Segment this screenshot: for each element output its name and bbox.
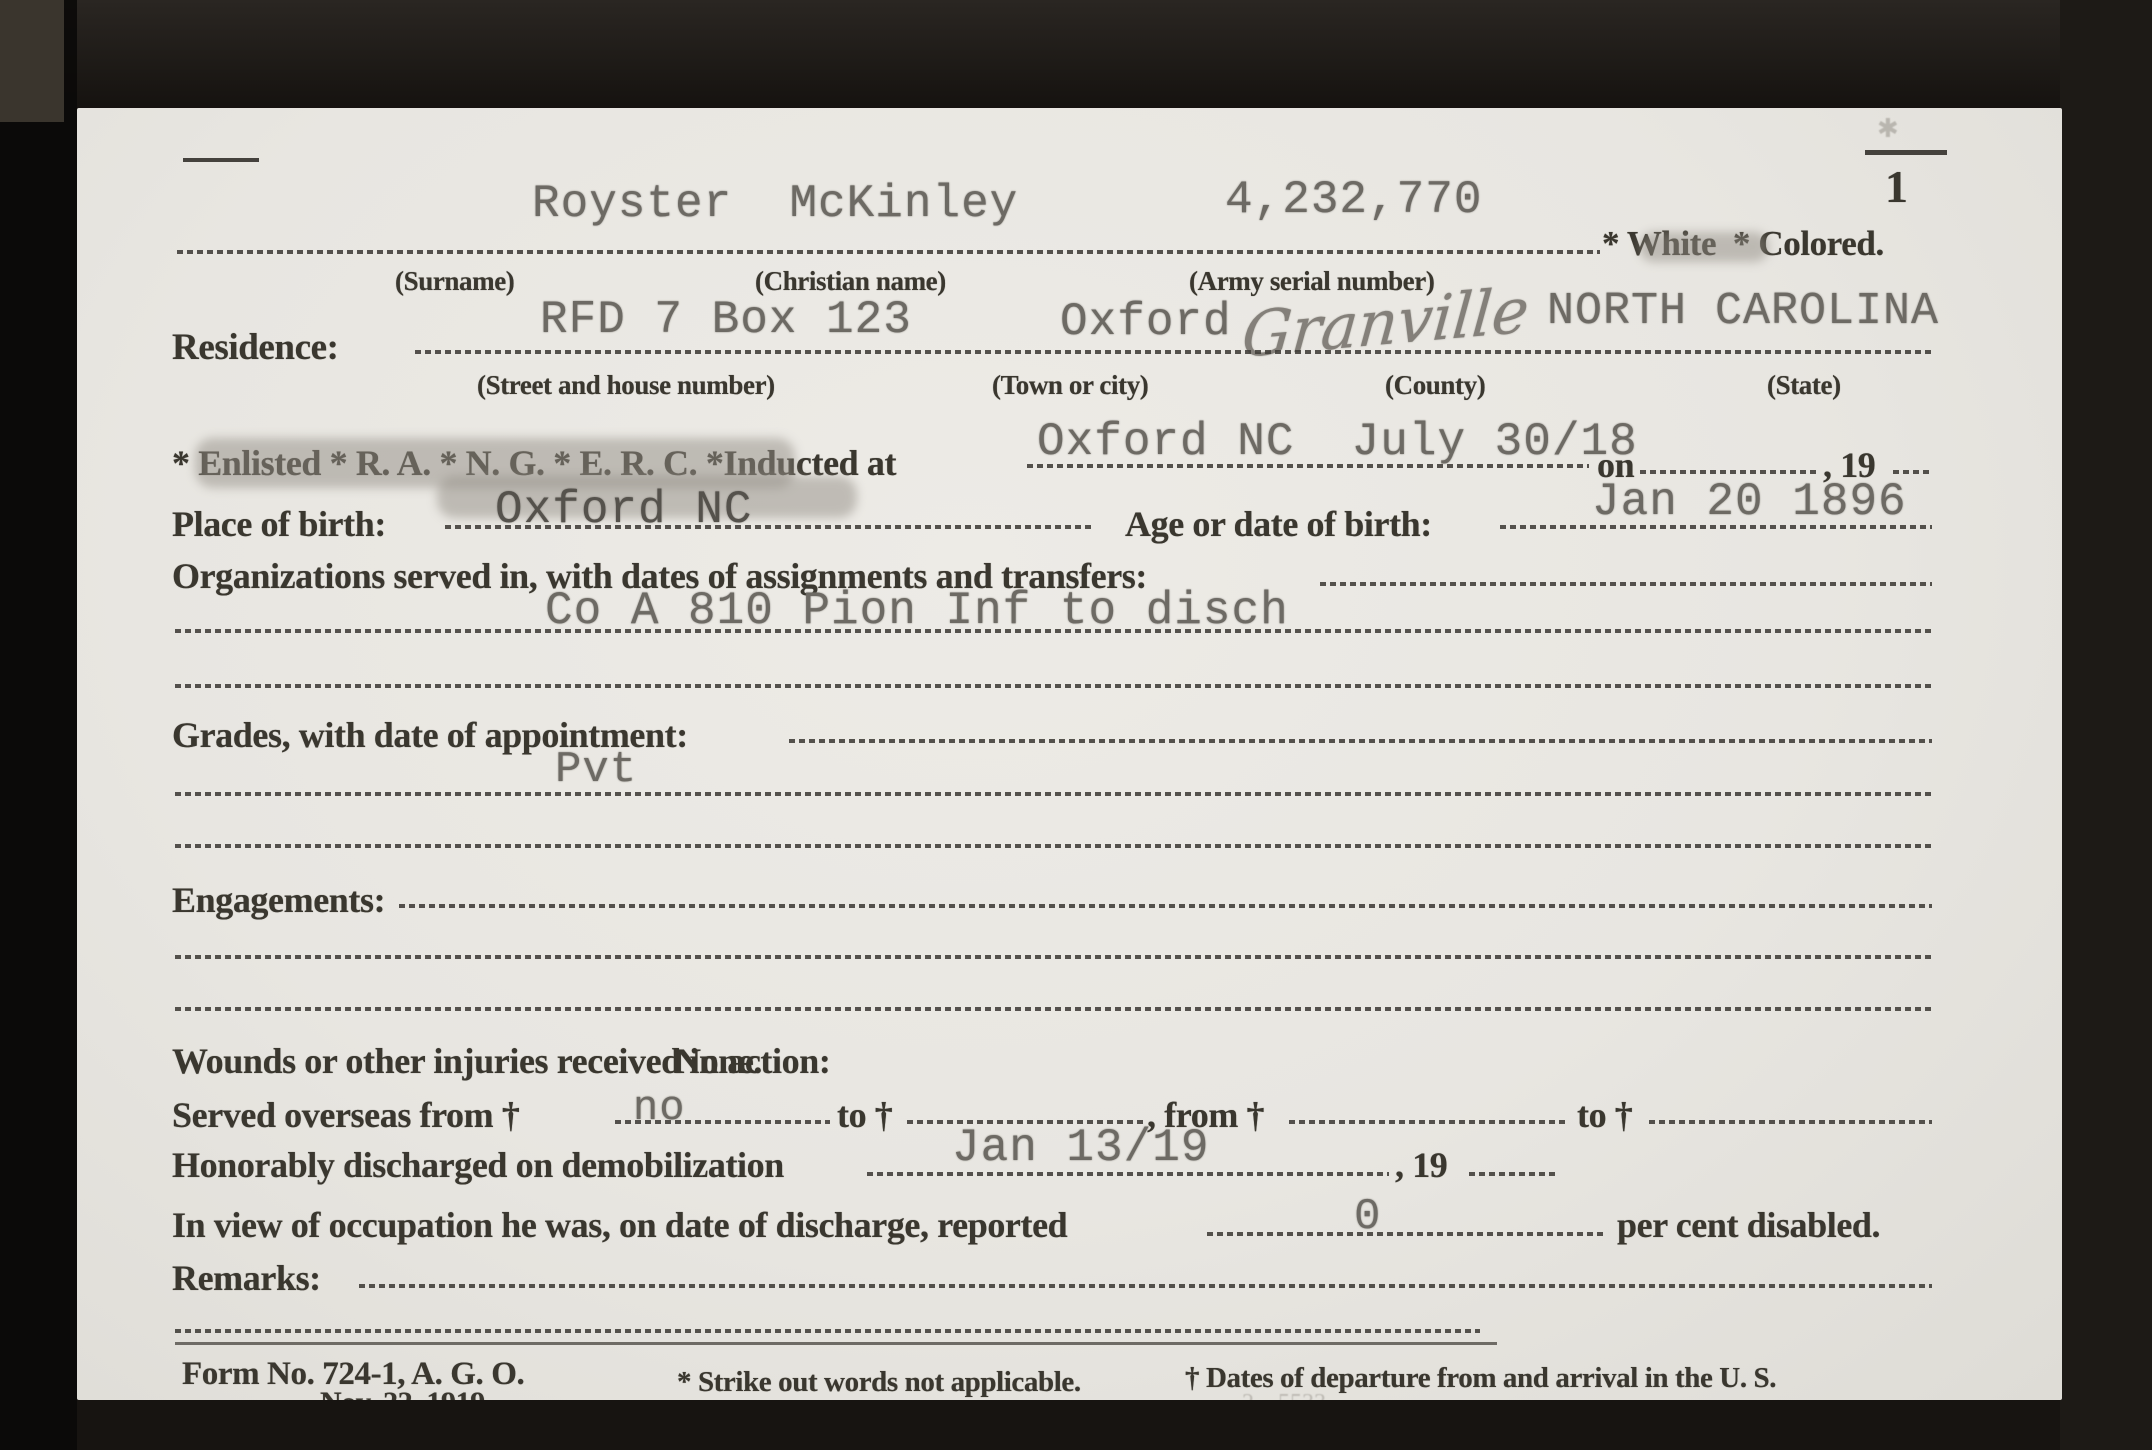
overseas-label: Served overseas from † (172, 1094, 519, 1136)
grades-rule-2 (175, 792, 1932, 796)
discharge-year-label: , 19 (1395, 1144, 1447, 1186)
organizations-rule-1 (1320, 582, 1932, 586)
discharge-date-value: Jan 13/19 (952, 1122, 1209, 1174)
soldier-name-value: Royster McKinley (532, 178, 1018, 230)
residence-label: Residence: (172, 326, 339, 369)
overseas-to1-label: to † (837, 1094, 892, 1136)
engagements-rule-2 (175, 955, 1932, 959)
name-rule (177, 250, 1600, 254)
grades-rule-3 (175, 844, 1932, 848)
stray-pencil-mark: ✱ (1877, 114, 1899, 144)
christian-name-label: (Christian name) (755, 266, 946, 297)
induction-rule (1027, 464, 1589, 468)
bottom-solid-rule (175, 1342, 1497, 1345)
disability-suffix: per cent disabled. (1617, 1204, 1880, 1246)
discharge-label: Honorably discharged on demobilization (172, 1144, 784, 1186)
service-record-card: Royster McKinley 4,232,770 ✱ 1 * White *… (77, 108, 2062, 1400)
discharge-rule (867, 1172, 1389, 1176)
top-left-tick-line (183, 158, 259, 162)
residence-town-value: Oxford (1060, 296, 1232, 348)
residence-state-value: NORTH CAROLINA (1547, 286, 1939, 337)
disability-value: 0 (1354, 1192, 1381, 1242)
residence-rule (415, 350, 1932, 354)
print-code: 2—5533 (1242, 1390, 1326, 1400)
induction-on-rule (1640, 470, 1818, 474)
disability-rule (1207, 1232, 1607, 1236)
engagements-label: Engagements: (172, 879, 385, 921)
photo-corner-patch (0, 0, 64, 122)
age-or-date-of-birth-label: Age or date of birth: (1125, 503, 1432, 545)
top-right-tick-line (1865, 150, 1947, 155)
remarks-rule-1 (359, 1284, 1932, 1288)
town-label: (Town or city) (992, 370, 1148, 401)
surname-label: (Surname) (395, 266, 514, 297)
remarks-label: Remarks: (172, 1257, 321, 1299)
overseas-from1-value: no (633, 1084, 685, 1132)
place-of-birth-label: Place of birth: (172, 503, 386, 545)
white-strikeout-smudge (1639, 232, 1769, 262)
discharge-year-rule (1469, 1172, 1557, 1176)
overseas-rule-3 (1289, 1120, 1567, 1124)
grade-value: Pvt (555, 745, 637, 795)
induction-place-date-value: Oxford NC July 30/18 (1037, 416, 1638, 468)
engagements-rule-1 (399, 904, 1932, 908)
engagements-rule-3 (175, 1007, 1932, 1011)
scanned-photo: Royster McKinley 4,232,770 ✱ 1 * White *… (0, 0, 2152, 1450)
page-number: 1 (1885, 160, 1908, 213)
strike-out-footnote: * Strike out words not applicable. (677, 1366, 1081, 1399)
place-of-birth-rule (445, 525, 1095, 529)
photo-top-edge (0, 0, 2152, 110)
wounds-value: None. (675, 1040, 762, 1082)
overseas-rule-4 (1649, 1120, 1932, 1124)
army-serial-number-value: 4,232,770 (1225, 174, 1482, 226)
induction-year-rule (1893, 470, 1932, 474)
date-of-birth-rule (1500, 525, 1932, 529)
remarks-rule-2 (175, 1329, 1480, 1333)
disability-label: In view of occupation he was, on date of… (172, 1204, 1067, 1246)
form-date: Nov. 22, 1919. (320, 1386, 492, 1400)
photo-left-edge (0, 0, 77, 1450)
date-of-birth-value: Jan 20 1896 (1592, 476, 1907, 528)
overseas-rule-1 (615, 1120, 830, 1124)
organizations-rule-3 (175, 684, 1932, 688)
overseas-to2-label: to † (1577, 1094, 1632, 1136)
photo-right-edge (2060, 0, 2152, 1450)
organizations-rule-2 (175, 629, 1932, 633)
county-label: (County) (1385, 370, 1485, 401)
street-label: (Street and house number) (477, 370, 775, 401)
residence-street-value: RFD 7 Box 123 (540, 294, 912, 346)
state-label: (State) (1767, 370, 1841, 401)
grades-rule-1 (789, 739, 1932, 743)
